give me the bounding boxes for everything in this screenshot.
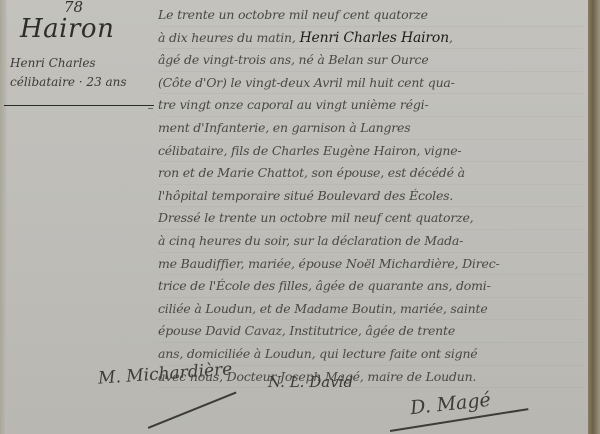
record-line: célibataire, fils de Charles Eugène Hair… [158, 140, 583, 163]
book-binding [588, 0, 600, 434]
record-line: (Côte d'Or) le vingt-deux Avril mil huit… [158, 72, 583, 95]
record-line: ment d'Infanterie, en garnison à Langres [158, 117, 583, 140]
page-left-edge [0, 0, 7, 434]
record-line: ciliée à Loudun, et de Madame Boutin, ma… [158, 298, 583, 321]
margin-divider [4, 105, 154, 106]
record-line: me Baudiffier, mariée, épouse Noël Micha… [158, 253, 583, 276]
deceased-name: Henri Charles Hairon [299, 30, 448, 46]
record-line-name: à dix heures du matin, Henri Charles Hai… [158, 27, 583, 50]
signature-mage: D. Magé [409, 389, 492, 419]
record-line: Dressé le trente un octobre mil neuf cen… [158, 207, 583, 230]
record-line: Le trente un octobre mil neuf cent quato… [158, 4, 583, 27]
record-line: trice de l'École des filles, âgée de qua… [158, 275, 583, 298]
record-line: tre vingt onze caporal au vingt unième r… [158, 94, 583, 117]
record-line: épouse David Cavaz, Institutrice, âgée d… [158, 320, 583, 343]
register-page: 78 Hairon Henri Charles célibataire · 23… [0, 0, 592, 434]
margin-surname: Hairon [20, 14, 114, 44]
record-body: Le trente un octobre mil neuf cent quato… [158, 4, 583, 388]
signature-flourish [148, 391, 237, 428]
record-line-text: , [449, 30, 453, 45]
signature-david: N. L. David [268, 373, 353, 391]
record-line: âgé de vingt-trois ans, né à Belan sur O… [158, 49, 583, 72]
record-line: à cinq heures du soir, sur la déclaratio… [158, 230, 583, 253]
margin-status-age: célibataire · 23 ans [10, 75, 127, 89]
margin-tick [148, 108, 153, 109]
record-line: l'hôpital temporaire situé Boulevard des… [158, 185, 583, 208]
record-line-text: à dix heures du matin, [158, 30, 299, 45]
margin-given-names: Henri Charles [10, 56, 96, 70]
record-line: ron et de Marie Chattot, son épouse, est… [158, 162, 583, 185]
